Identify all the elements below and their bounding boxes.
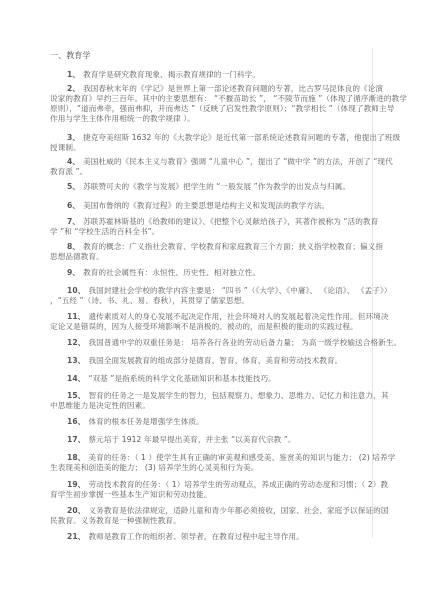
- item-4-line-2: 教育派 ”。: [50, 167, 87, 177]
- item-18-line-2: 生表现美和创造美的能力； (3) 培养学生的心灵美和行为美。: [50, 463, 258, 473]
- item-7-line-2: 学 ”和 “学校生活的百科全书”。: [50, 227, 159, 237]
- item-9-line-1: 9、教育的社会属性有：永恒性、历史性、相对独立性。: [67, 268, 260, 278]
- item-11-line-2: 定论又是错误的，因为人接受环境影响不是消极的、被动的，而是积极的能动的实践过程。: [50, 322, 358, 332]
- item-15-line-1: 15、智育的任务之一是发展学生的智力，包括观察力、想象力、思维力、记忆力和注意力…: [67, 391, 389, 401]
- item-2-line-4: 作用与学生主体作用相统一的教学规律 ）。: [50, 114, 195, 124]
- item-2-line-3: 原则），“道而弗牵，强而弗抑，开而弗达 ”（反映了启发性教学原则）；“教学相长 …: [50, 104, 394, 114]
- section-heading: 一、教育学: [50, 51, 91, 61]
- item-19-line-1: 19、劳动技术教育的任务：（ 1）培养学生的劳动观点，养成正确的劳动态度和习惯；…: [67, 480, 388, 490]
- item-7-line-1: 7、苏联苏霍林斯基的《给教师的建议》、《把整个心灵献给孩子》，其著作被称为 “活…: [67, 217, 378, 227]
- item-18-line-1: 18、美育的任务：（ 1 ）使学生具有正确的审美观和感受美、鉴赏美的知识与能力；…: [67, 453, 395, 463]
- item-14-line-1: 14、“双基 ”是指系统的科学文化基础知识和基本技能技巧。: [67, 374, 276, 384]
- item-1-line-1: 1、教育学是研究教育现象、揭示教育规律的一门科学。: [67, 70, 260, 80]
- item-17-line-1: 17、蔡元培于 1912 年最早提出美育，并主张 “以美育代宗教 ”。: [67, 435, 296, 445]
- item-3-line-1: 3、捷克夸美纽斯 1632 年的《大教学论》是近代第一部系统论述教育问题的专著，…: [67, 133, 400, 143]
- item-5-line-1: 5、苏联赞可夫的《教学与发展》把学生的 “一般发展 ”作为教学的出发点与归属。: [67, 182, 350, 192]
- item-8-line-1: 8、教育的概念：广义指社会教育、学校教育和家庭教育三个方面；狭义指学校教育；偏义…: [67, 242, 383, 252]
- item-15-line-2: 中思维能力是决定性的因素。: [50, 401, 150, 411]
- item-10-line-1: 10、我国封建社会学校的教学内容主要是： “四书 ”（《大学》、《中庸》、 《论…: [67, 286, 392, 296]
- item-20-line-1: 20、义务教育是依法律规定，适龄儿童和青少年都必须接收，国家、社会、家庭予以保证…: [67, 506, 389, 516]
- item-21-line-1: 21、教师是教育工作的组织者、领导者，在教育过程中起主导作用。: [67, 532, 304, 542]
- item-2-line-1: 2、我国春秋末年的《学记》是世界上第一部论述教育问题的专著，比古罗马昆体良的《论…: [67, 84, 383, 94]
- item-8-line-2: 思想品德教育。: [50, 252, 104, 262]
- item-10-line-2: ，“五经 ”（诗、书、礼、易、春秋），其贯穿了儒家思想。: [50, 296, 249, 306]
- item-2-line-2: 说家的教育》早约三百年。其中的主要思想有： “不揠苗助长 ”， “不陵节而施 ”…: [50, 94, 407, 104]
- item-19-line-2: 育学生初步掌握一些基本生产知识和劳动技能。: [50, 490, 212, 500]
- item-20-line-2: 民教育。义务教育是一种强制性教育。: [50, 516, 181, 526]
- item-11-line-1: 11、遗传素质对人的身心发展不起决定作用，社会环境对人的发展起着决定性作用。但环…: [67, 312, 389, 322]
- item-12-line-1: 12、我国普通中学的双重任务是： 培养各行各业的劳动后备力量； 为高一级学校输送…: [67, 338, 401, 348]
- item-13-line-1: 13、我国全面发展教育的组成部分是德育、智育、体育、美育和劳动技术教育。: [67, 356, 342, 366]
- item-3-line-2: 授课制。: [50, 143, 81, 153]
- item-16-line-1: 16、体育的根本任务是增强学生体质。: [67, 417, 204, 427]
- item-6-line-1: 6、美国布鲁纳的《教育过程》的主要思想是结构主义和发现法的教学方法。: [67, 201, 329, 211]
- item-4-line-1: 4、美国杜威的《民本主义与教育》强调 “儿童中心 ”，提出了 “做中学 ”的方法…: [67, 157, 393, 167]
